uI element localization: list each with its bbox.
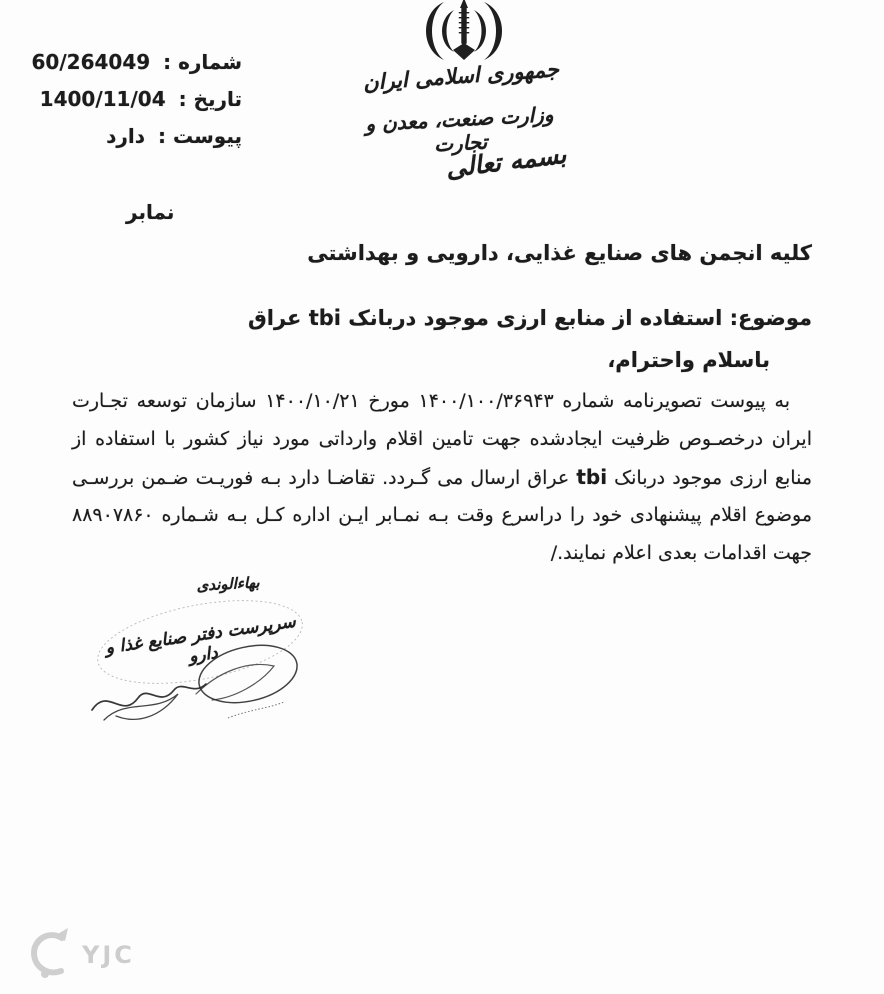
yjc-watermark: YJC [26,926,176,984]
body-line-3: منابع ارزی موجود دربانک tbi عراق ارسال م… [72,458,812,496]
fax-label: نمابر [126,197,174,227]
salutation-line: باسلام واحترام، [72,345,812,375]
letter-attachment-value: دارد [106,124,145,148]
letter-date-value: 1400/11/04 [40,87,166,111]
subject-line: موضوع: استفاده از منابع ارزی موجود دربان… [72,302,812,334]
handwritten-signature-icon [78,590,328,740]
bank-name-latin: tbi [576,465,607,489]
body-line-2: ایران درخصـوص ظرفیت ایجادشده جهت تامین ا… [72,420,812,458]
iran-coat-of-arms-icon [414,0,514,64]
letterhead-fields: شماره : 60/264049 تاریخ : 1400/11/04 پیو… [56,44,242,155]
body-line-1: به پیوست تصویرنامه شماره ۱۴۰۰/۱۰۰/۳۶۹۴۳ … [72,382,812,420]
letter-attachment-label: پیوست : [158,124,242,148]
letter-number-field: شماره : 60/264049 [56,44,242,81]
body-line-5: جهت اقدامات بعدی اعلام نمایند./ [72,534,812,572]
letter-date-label: تاریخ : [179,87,242,111]
body-paragraph: به پیوست تصویرنامه شماره ۱۴۰۰/۱۰۰/۳۶۹۴۳ … [72,382,812,572]
letter-attachment-field: پیوست : دارد [56,118,242,155]
letter-number-label: شماره : [163,50,242,74]
yjc-logo-icon [34,928,68,978]
letter-number-value: 60/264049 [32,50,151,74]
body-line-3-pre: منابع ارزی موجود دربانک [607,467,812,489]
body-line-3-post: عراق ارسال می گـردد. تقاضـا دارد بـه فور… [72,467,576,489]
body-line-4: موضوع اقلام پیشنهادی خود را دراسرع وقت ب… [72,496,812,534]
addressee-line: کلیه انجمن های صنایع غذایی، دارویی و بهد… [72,238,812,268]
yjc-watermark-text: YJC [81,941,135,969]
letter-date-field: تاریخ : 1400/11/04 [56,81,242,118]
scanned-letter-page: شماره : 60/264049 تاریخ : 1400/11/04 پیو… [0,0,884,994]
